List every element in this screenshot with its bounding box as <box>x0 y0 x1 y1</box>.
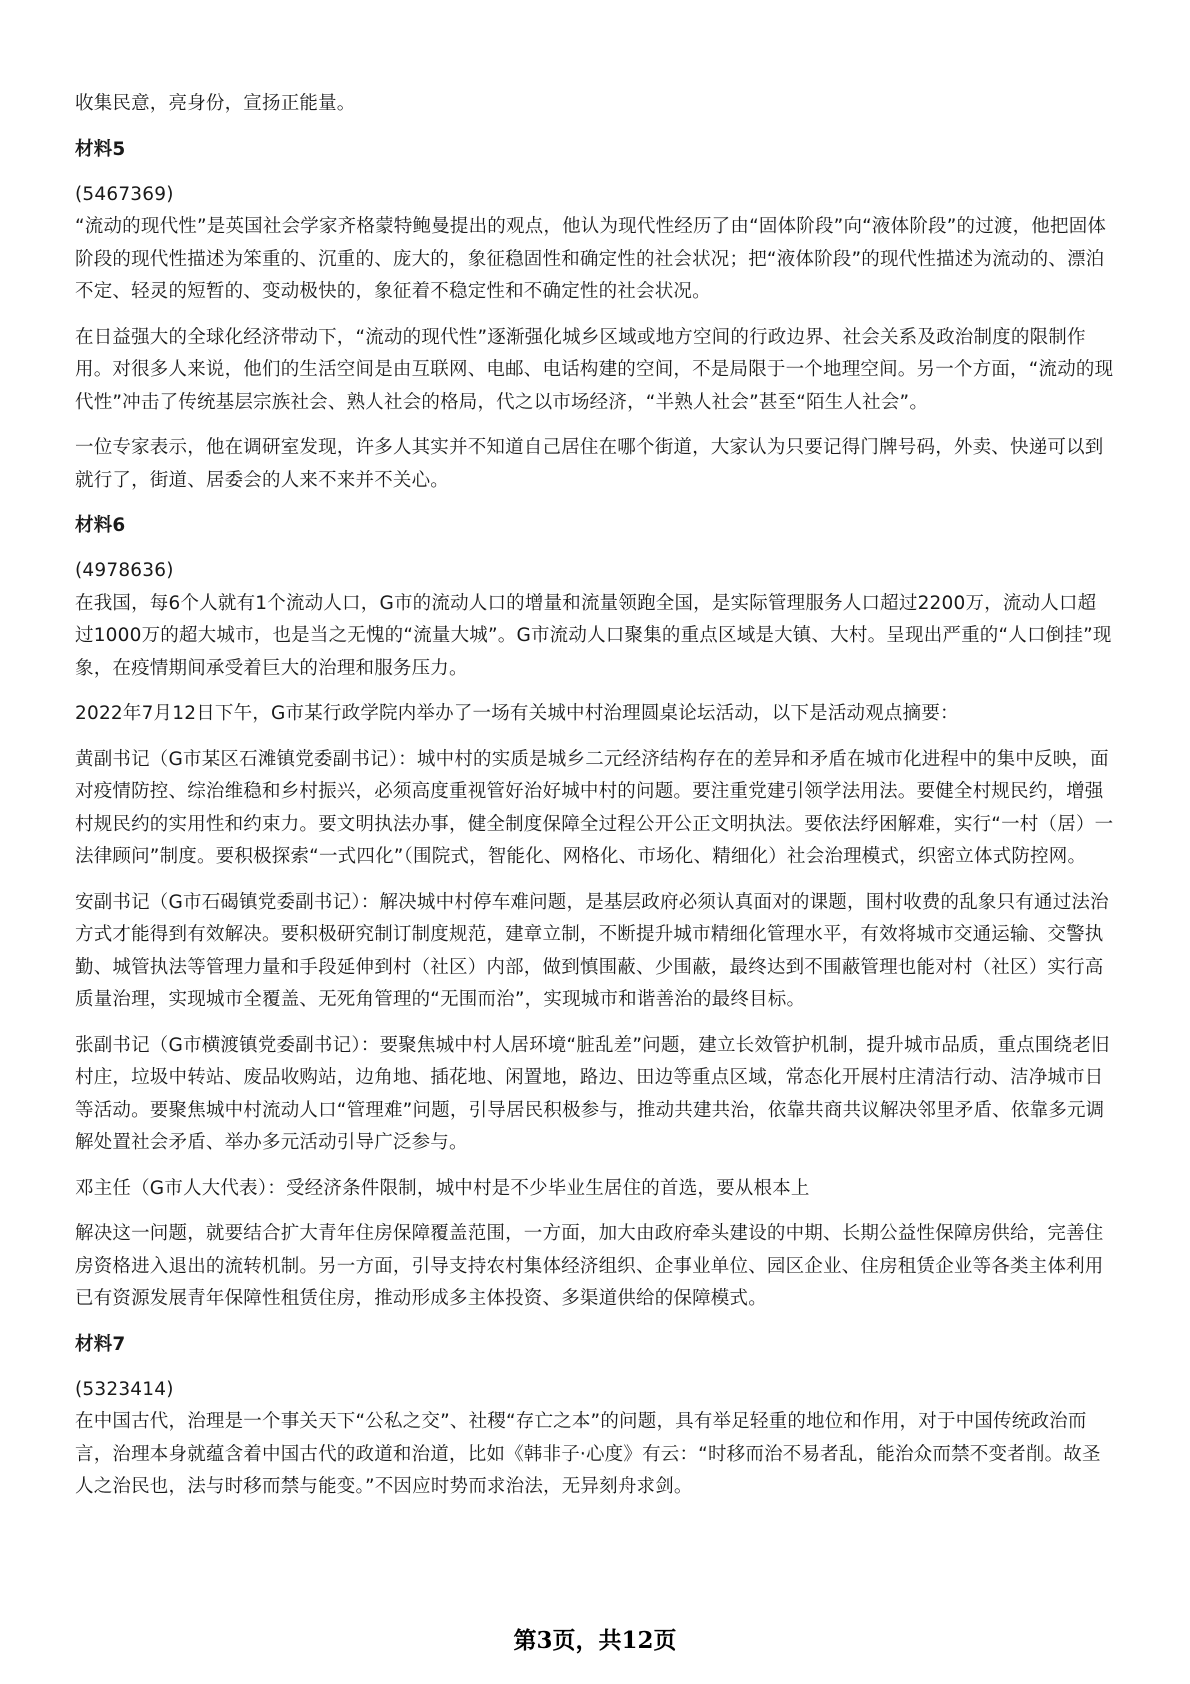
material-6-paragraph-6: 邓主任（G市人大代表）：受经济条件限制，城中村是不少毕业生居住的首选，要从根本上 <box>75 1173 1115 1206</box>
continuation-paragraph: 收集民意，亮身份，宣扬正能量。 <box>75 88 1115 121</box>
material-6-paragraph-2: 2022年7月12日下午，G市某行政学院内举办了一场有关城中村治理圆桌论坛活动，… <box>75 698 1115 731</box>
material-6-paragraph-3: 黄副书记（G市某区石滩镇党委副书记）：城中村的实质是城乡二元经济结构存在的差异和… <box>75 744 1115 874</box>
material-7-section: 材料7 (5323414) 在中国古代，治理是一个事关天下“公私之交”、社稷“存… <box>75 1329 1115 1504</box>
material-6-paragraph-5: 张副书记（G市横渡镇党委副书记）：要聚焦城中村人居环境“脏乱差”问题，建立长效管… <box>75 1030 1115 1160</box>
material-6-paragraph-4: 安副书记（G市石碣镇党委副书记）：解决城中村停车难问题，是基层政府必须认真面对的… <box>75 887 1115 1017</box>
material-5-paragraph-3: 一位专家表示，他在调研室发现，许多人其实并不知道自己居住在哪个街道，大家认为只要… <box>75 432 1115 497</box>
material-6-code: (4978636) <box>75 555 1115 588</box>
material-6-heading: 材料6 <box>75 510 1115 542</box>
material-6-section: 材料6 (4978636) 在我国，每6个人就有1个流动人口，G市的流动人口的增… <box>75 510 1115 1316</box>
material-5-section: 材料5 (5467369) “流动的现代性”是英国社会学家齐格蒙特鲍曼提出的观点… <box>75 134 1115 498</box>
page-number-footer: 第3页，共12页 <box>0 1622 1190 1655</box>
material-5-code: (5467369) <box>75 179 1115 212</box>
material-6-paragraph-7: 解决这一问题，就要结合扩大青年住房保障覆盖范围，一方面，加大由政府牵头建设的中期… <box>75 1218 1115 1316</box>
document-page: 收集民意，亮身份，宣扬正能量。 材料5 (5467369) “流动的现代性”是英… <box>75 88 1115 1517</box>
material-5-paragraph-2: 在日益强大的全球化经济带动下，“流动的现代性”逐渐强化城乡区域或地方空间的行政边… <box>75 322 1115 420</box>
material-7-heading: 材料7 <box>75 1329 1115 1361</box>
material-6-paragraph-1: 在我国，每6个人就有1个流动人口，G市的流动人口的增量和流量领跑全国，是实际管理… <box>75 588 1115 686</box>
material-7-code: (5323414) <box>75 1374 1115 1407</box>
material-7-paragraph-1: 在中国古代，治理是一个事关天下“公私之交”、社稷“存亡之本”的问题，具有举足轻重… <box>75 1406 1115 1504</box>
material-5-paragraph-1: “流动的现代性”是英国社会学家齐格蒙特鲍曼提出的观点，他认为现代性经历了由“固体… <box>75 211 1115 309</box>
material-5-heading: 材料5 <box>75 134 1115 166</box>
